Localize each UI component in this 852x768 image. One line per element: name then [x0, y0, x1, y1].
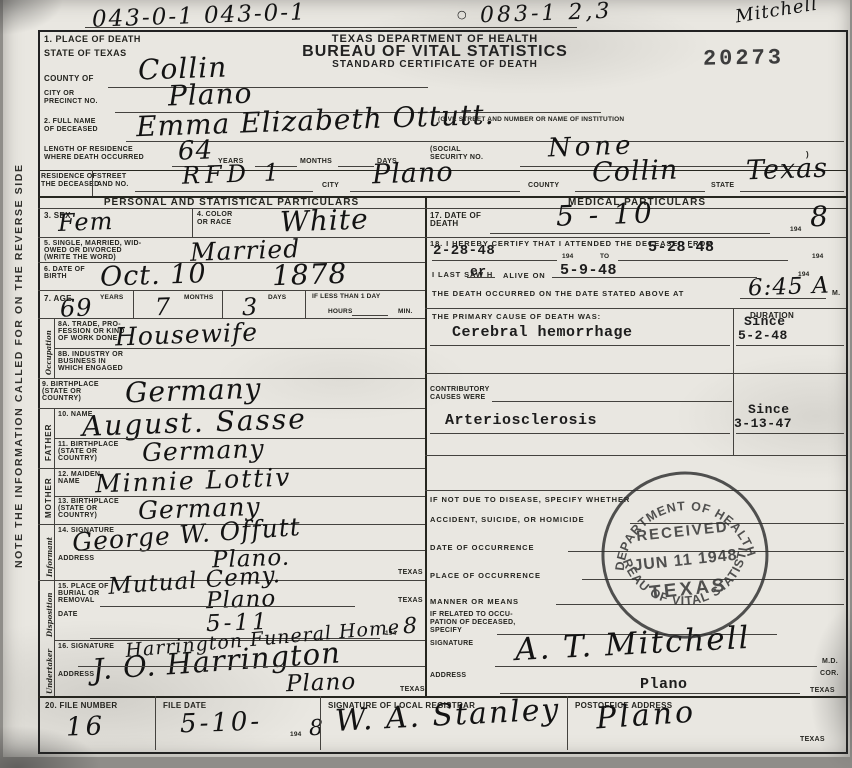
rule-line — [38, 262, 425, 263]
rule-line — [733, 308, 734, 455]
rule-line — [38, 290, 425, 291]
rule-line — [54, 524, 55, 580]
age-days-label: DAYS — [268, 294, 286, 301]
related-occupation-label-2: PATION OF DECEASED, — [430, 619, 516, 626]
accident-label: ACCIDENT, SUICIDE, OR HOMICIDE — [430, 515, 585, 524]
color-race-label-1: 4. COLOR — [197, 211, 232, 218]
father-side-label: FATHER — [44, 424, 53, 461]
residence-of-label-1: RESIDENCE OF — [41, 173, 97, 180]
rule-line — [192, 209, 193, 237]
to-label: TO — [600, 253, 609, 260]
occupation-side-label: Occupation — [44, 330, 53, 375]
death-date-label-2: DEATH — [430, 219, 458, 228]
burial-label-1: 15. PLACE OF — [58, 583, 109, 590]
undertaker-address-value: Plano — [286, 669, 357, 697]
rule-line — [222, 290, 223, 318]
birthplace-label-2: (STATE OR — [42, 388, 81, 395]
rule-line — [92, 170, 93, 196]
trade-label-3: OF WORK DONE — [58, 335, 118, 342]
residence-county-label: COUNTY — [528, 182, 559, 189]
physician-address-value: Plano — [640, 676, 688, 693]
primary-since-date: 5-2-48 — [738, 328, 788, 343]
physician-address-label: ADDRESS — [430, 672, 466, 679]
rule-line — [425, 373, 846, 374]
marital-label-3: (WRITE THE WORD) — [44, 254, 116, 261]
file-date-value: 5-10- — [180, 707, 263, 740]
father-birthplace-label-3: COUNTRY) — [58, 455, 97, 462]
informant-address-label: ADDRESS — [58, 555, 94, 562]
trade-label-1: 8A. TRADE, PRO- — [58, 321, 121, 328]
rule-line — [38, 208, 846, 209]
if-less-than-day-label: IF LESS THAN 1 DAY — [312, 293, 380, 300]
rule-line — [425, 308, 846, 309]
father-birthplace-value: Germany — [142, 434, 265, 467]
maiden-name-label-2: NAME — [58, 478, 80, 485]
attended-from-value: 2-28-48 — [433, 243, 495, 259]
death-year-hand: 8 — [809, 200, 829, 234]
related-occupation-label-3: SPECIFY — [430, 627, 462, 634]
rule-line — [352, 315, 388, 316]
primary-since-label: Since — [744, 314, 786, 329]
age-months-value: 7 — [155, 293, 172, 322]
father-birthplace-label-2: (STATE OR — [58, 448, 97, 455]
primary-cause-label: THE PRIMARY CAUSE OF DEATH WAS: — [432, 312, 601, 321]
contributory-since-date: 3-13-47 — [734, 416, 792, 431]
rule-line — [492, 401, 732, 402]
ssn-label-1: (SOCIAL — [430, 146, 461, 153]
rule-line — [155, 696, 156, 750]
undertaker-address-state: TEXAS — [400, 686, 425, 693]
received-stamp: DEPARTMENT OF HEALTH BUREAU OF VITAL STA… — [589, 459, 781, 651]
months-label: MONTHS — [300, 158, 332, 165]
birth-date-label-1: 6. DATE OF — [44, 266, 85, 273]
rule-line — [425, 196, 427, 696]
rule-line — [467, 277, 495, 278]
md-label: M.D. — [822, 658, 838, 665]
residence-city-label: CITY — [322, 182, 339, 189]
file-number-value: 16 — [65, 711, 105, 742]
residence-state-value: Texas — [745, 153, 828, 187]
file-date-year-hand: 8 — [309, 716, 325, 742]
rule-line — [432, 260, 557, 261]
postoffice-state: TEXAS — [800, 736, 825, 743]
rule-line — [736, 345, 844, 346]
rule-line — [425, 237, 846, 238]
undertaker-side-label: Undertaker — [45, 649, 54, 694]
rule-line — [135, 191, 313, 192]
street-label-1: STREET — [97, 173, 126, 180]
birthplace-label-3: COUNTRY) — [42, 395, 81, 402]
burial-label-3: REMOVAL — [58, 597, 95, 604]
full-name-label-2: OF DECEASED — [44, 126, 98, 133]
rule-line — [575, 191, 705, 192]
certificate-number: 20273 — [703, 45, 784, 71]
file-date-year-printed: 194 — [290, 731, 301, 738]
birth-date-label-2: BIRTH — [44, 273, 67, 280]
industry-label-1: 8B. INDUSTRY OR — [58, 351, 123, 358]
contributory-label-1: CONTRIBUTORY — [430, 386, 490, 393]
last-saw-label-2: ALIVE ON — [503, 271, 546, 280]
hours-label: HOURS — [328, 308, 352, 315]
rule-line — [54, 348, 425, 349]
birth-year-value: 1878 — [271, 257, 347, 293]
physician-address-state: TEXAS — [810, 687, 835, 694]
mother-birthplace-label-3: COUNTRY) — [58, 512, 97, 519]
death-certificate-scan: NOTE THE INFORMATION CALLED FOR ON THE R… — [0, 0, 852, 768]
industry-label-3: WHICH ENGAGED — [58, 365, 123, 372]
stamp-texas-text: TEXAS — [648, 575, 728, 604]
father-birthplace-label-1: 11. BIRTHPLACE — [58, 441, 119, 448]
rule-line — [740, 191, 844, 192]
meridiem-label: M. — [832, 290, 840, 297]
color-race-label-2: OR RACE — [197, 219, 231, 226]
year-blank-1: 194 — [562, 253, 573, 260]
physician-signature-label: SIGNATURE — [430, 640, 473, 647]
mother-birthplace-label-1: 13. BIRTHPLACE — [58, 498, 119, 505]
top-right-code: 083-1 2,3 — [480, 0, 613, 28]
place-of-death-label: 1. PLACE OF DEATH — [44, 34, 141, 44]
residence-city-value: Plano — [371, 157, 454, 191]
residence-of-label-2: THE DECEASED — [41, 181, 99, 188]
date-occurrence-label: DATE OF OCCURRENCE — [430, 543, 534, 552]
rule-line — [567, 696, 568, 750]
year-blank-2: 194 — [812, 253, 823, 260]
burial-year-hand: 8 — [403, 614, 419, 640]
color-race-value: White — [279, 202, 369, 238]
city-label-2: PRECINCT NO. — [44, 98, 98, 105]
min-label: MIN. — [398, 308, 413, 315]
rule-line — [552, 277, 757, 278]
rule-line — [350, 191, 520, 192]
reverse-side-note: NOTE THE INFORMATION CALLED FOR ON THE R… — [13, 163, 25, 568]
cor-label: COR. — [820, 670, 839, 677]
full-name-label-1: 2. FULL NAME — [44, 118, 96, 125]
death-year-printed: 194 — [790, 226, 801, 233]
age-months-label: MONTHS — [184, 294, 213, 301]
rule-line — [618, 260, 788, 261]
informant-side-label: Informant — [45, 537, 54, 577]
burial-state-label: TEXAS — [398, 597, 423, 604]
related-occupation-label-1: IF RELATED TO OCCU- — [430, 611, 513, 618]
disposition-side-label: Disposition — [45, 593, 54, 638]
trade-value: Housewife — [115, 318, 259, 352]
city-label-1: CITY OR — [44, 90, 74, 97]
birthplace-label-1: 9. BIRTHPLACE — [42, 381, 99, 388]
circle-mark: ○ — [457, 8, 468, 21]
stamp-date-text: JUN 11 1948 — [633, 547, 739, 575]
rule-line — [338, 166, 374, 167]
residence-state-label: STATE — [711, 182, 734, 189]
institution-note: (GIVE STREET AND NUMBER OR NAME OF INSTI… — [438, 116, 624, 123]
marital-label-1: 5. SINGLE, MARRIED, WID- — [44, 240, 141, 247]
state-of-texas-label: STATE OF TEXAS — [44, 48, 127, 58]
rule-line — [54, 580, 55, 640]
residence-county-value: Collin — [591, 155, 678, 189]
rule-line — [54, 640, 55, 696]
residence-length-label-1: LENGTH OF RESIDENCE — [44, 146, 133, 153]
place-occurrence-label: PLACE OF OCCURRENCE — [430, 571, 541, 580]
street-value: RFD 1 — [182, 158, 285, 190]
rule-line — [100, 606, 355, 607]
death-occurred-label: THE DEATH OCCURRED ON THE DATE STATED AB… — [432, 289, 684, 298]
street-label-2: AND NO. — [97, 181, 129, 188]
rule-line — [78, 666, 425, 667]
rule-line — [305, 290, 306, 318]
marital-label-2: OWED OR DIVORCED — [44, 247, 122, 254]
undertaker-address-label: ADDRESS — [58, 671, 94, 678]
undertaker-signature-label: 16. SIGNATURE — [58, 643, 114, 650]
contributory-label-2: CAUSES WERE — [430, 394, 485, 401]
contributory-cause-value: Arteriosclerosis — [445, 412, 597, 429]
primary-cause-value: Cerebral hemorrhage — [452, 324, 633, 341]
rule-line — [126, 141, 844, 142]
rule-line — [320, 696, 321, 750]
informant-address-state: TEXAS — [398, 569, 423, 576]
rule-line — [736, 433, 844, 434]
rule-line — [740, 298, 826, 299]
header-line3: STANDARD CERTIFICATE OF DEATH — [205, 59, 665, 70]
attended-to-value: 5-28-48 — [648, 239, 715, 256]
residence-length-label-2: WHERE DEATH OCCURRED — [44, 154, 144, 161]
mother-birthplace-label-2: (STATE OR — [58, 505, 97, 512]
county-label: COUNTY OF — [44, 74, 94, 83]
burial-date-label: DATE — [58, 611, 78, 618]
sex-value: Fem — [58, 207, 114, 237]
rule-line — [430, 345, 730, 346]
postoffice-value: Plano — [595, 695, 697, 737]
rule-line — [430, 433, 730, 434]
rule-line — [490, 233, 770, 234]
contributory-since-label: Since — [748, 402, 790, 417]
manner-means-label: MANNER OR MEANS — [430, 597, 519, 606]
file-number-label: 20. FILE NUMBER — [45, 701, 118, 710]
rule-line — [495, 666, 817, 667]
rule-line — [425, 455, 846, 456]
birth-month-day-value: Oct. 10 — [99, 258, 207, 293]
mother-side-label: MOTHER — [44, 477, 53, 518]
rule-line — [108, 87, 428, 88]
age-years-label: YEARS — [100, 294, 123, 301]
burial-label-2: BURIAL OR — [58, 590, 99, 597]
industry-label-2: BUSINESS IN — [58, 358, 106, 365]
rule-line — [133, 290, 134, 318]
death-date-value: 5 - 10 — [555, 196, 655, 232]
